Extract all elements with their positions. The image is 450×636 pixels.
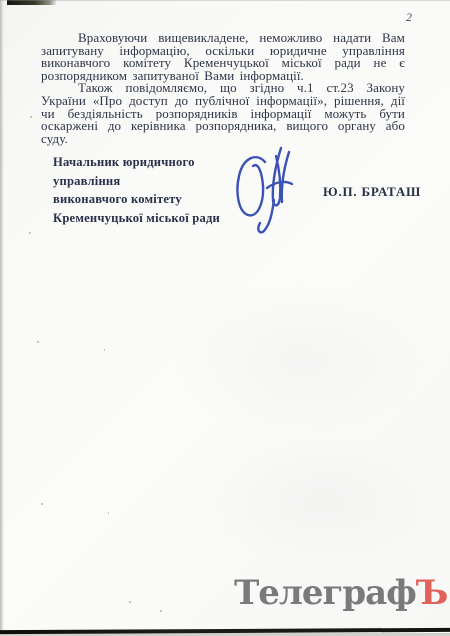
scan-speckle [108, 512, 109, 514]
scan-speckle [37, 341, 39, 343]
watermark-text-gray: Телеграф [234, 573, 416, 613]
scan-speckle [104, 349, 105, 351]
letter-body: Враховуючи вищевикладене, неможливо нада… [41, 32, 405, 145]
scan-speckle [30, 116, 32, 118]
bleed-through-ghost [200, 430, 440, 570]
telegraf-watermark-logo: ТелеграфЪ [234, 574, 447, 612]
scan-edge-shadow [0, 0, 4, 636]
watermark-text-red: Ъ [416, 573, 448, 613]
scan-speckle [29, 232, 31, 234]
scan-edge-hairline [0, 0, 450, 1]
scanned-document-page: 2 Враховуючи вищевикладене, неможливо на… [0, 0, 450, 636]
bleed-through-ghost [170, 280, 430, 440]
scan-speckle [129, 601, 131, 603]
scan-speckle [41, 503, 43, 505]
signer-name: Ю.П. БРАТАШ [323, 184, 421, 200]
paragraph-2: Також повідомляємо, що згідно ч.1 ст.23 … [41, 82, 405, 145]
paragraph-1: Враховуючи вищевикладене, неможливо нада… [41, 32, 405, 82]
page-number: 2 [399, 12, 419, 24]
handwritten-signature-icon [229, 142, 311, 236]
scan-speckle [160, 610, 162, 612]
